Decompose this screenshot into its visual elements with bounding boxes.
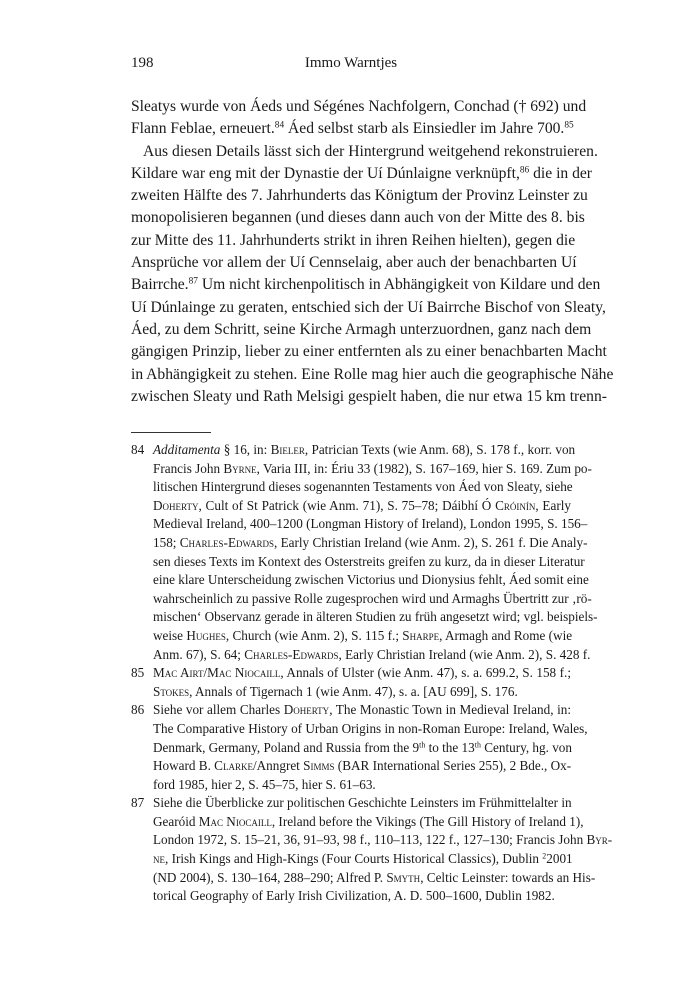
footnote-85: 85 Mac Airt/Mac Niocaill, Annals of Ulst… [131,664,571,701]
text-line: Kildare war eng mit der Dynastie der Uí … [131,163,571,185]
footnote-ref[interactable]: 85 [564,121,573,131]
text-line: zweiten Hälfte des 7. Jahrhunderts das K… [131,185,571,207]
footnotes: 84 Additamenta § 16, in: Bieler, Patrici… [131,441,571,906]
text-line: Áed, zu dem Schritt, seine Kirche Armagh… [131,319,571,341]
text-line: zwischen Sleaty und Rath Melsigi gespiel… [131,386,571,408]
text-line: Sleatys wurde von Áeds und Ségénes Nachf… [131,96,571,118]
footnote-87: 87 Siehe die Überblicke zur politischen … [131,794,571,906]
text-line: Flann Feblae, erneuert.84 Áed selbst sta… [131,118,571,140]
footnote-ref[interactable]: 84 [275,121,284,131]
text-line: gängigen Prinzip, lieber zu einer entfer… [131,341,571,363]
text-line: Aus diesen Details lässt sich der Hinter… [131,141,571,163]
main-text: Sleatys wurde von Áeds und Ségénes Nachf… [131,96,571,408]
footnote-number: 84 [131,441,144,460]
footnote-number: 87 [131,794,144,813]
footnote-number: 86 [131,701,144,720]
footnote-separator [131,432,211,433]
footnote-86: 86 Siehe vor allem Charles Doherty, The … [131,701,571,794]
footnote-ref[interactable]: 86 [520,165,529,175]
text-line: zur Mitte des 11. Jahrhunderts strikt in… [131,230,571,252]
running-head: Immo Warntjes [131,55,571,72]
text-line: Ansprüche vor allem der Uí Cennselaig, a… [131,252,571,274]
text-line: in Abhängigkeit zu stehen. Eine Rolle ma… [131,364,571,386]
page-header: 198 Immo Warntjes [131,55,571,75]
footnote-84: 84 Additamenta § 16, in: Bieler, Patrici… [131,441,571,664]
footnote-number: 85 [131,664,144,683]
text-line: Bairrche.87 Um nicht kirchenpolitisch in… [131,274,571,296]
footnote-ref[interactable]: 87 [189,277,198,287]
text-line: monopolisieren begannen (und dieses dann… [131,207,571,229]
text-line: Uí Dúnlainge zu geraten, entschied sich … [131,297,571,319]
